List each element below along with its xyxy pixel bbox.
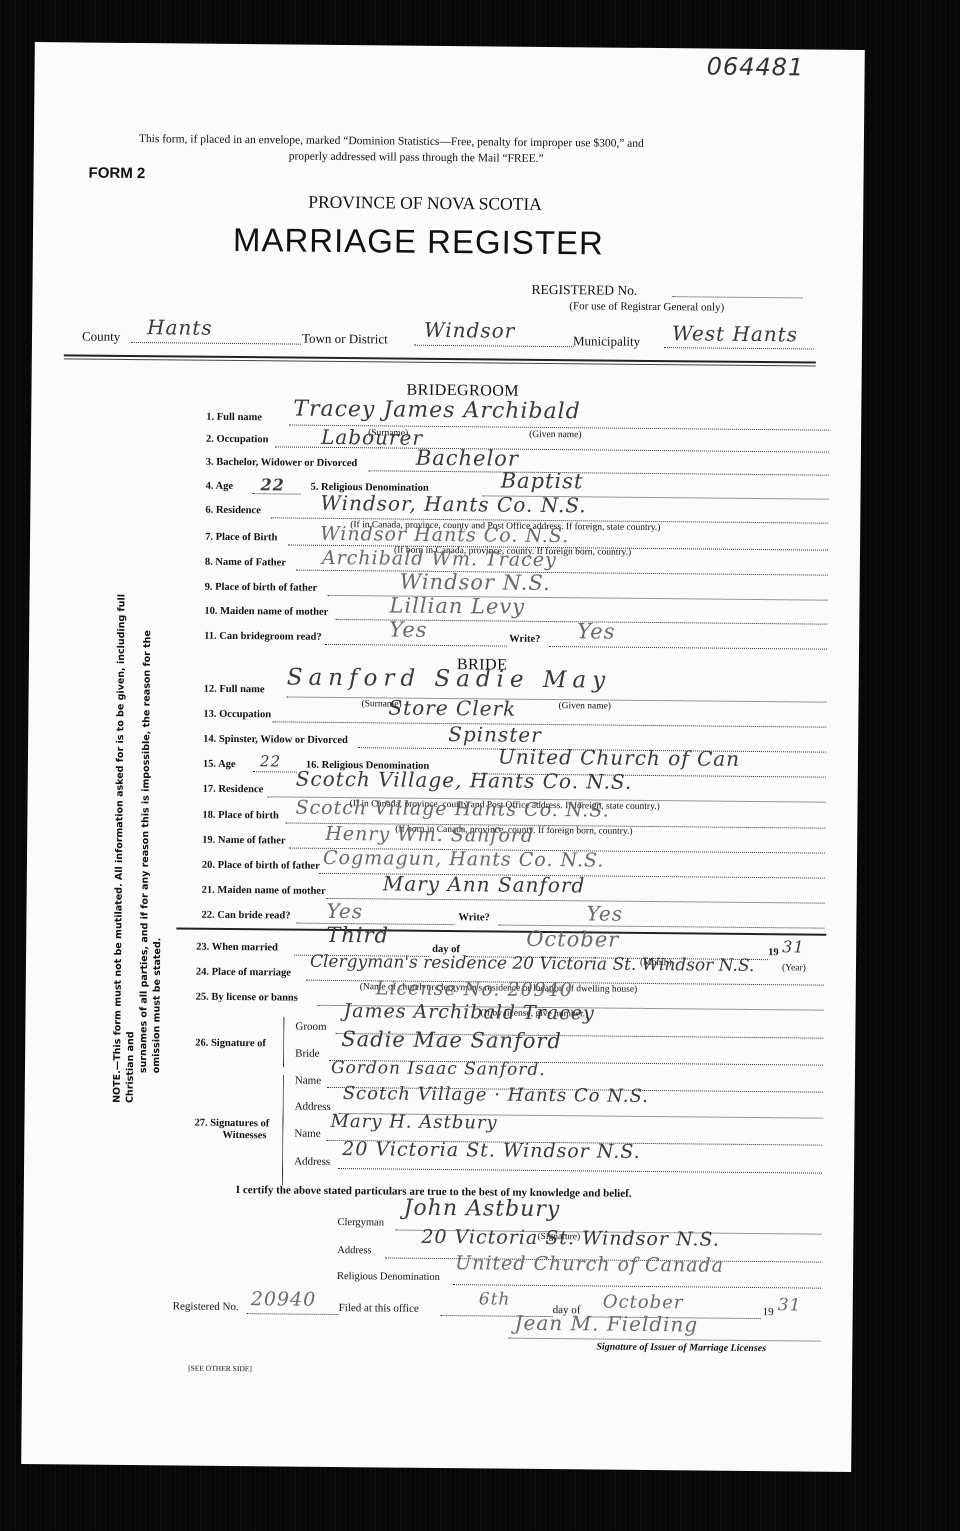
field-number: 5. [311, 482, 319, 493]
field-label: Occupation [216, 434, 268, 445]
signature-brace [283, 1016, 284, 1067]
bride-father-label: 19. Name of father [202, 835, 285, 847]
witness-2-address-label: Address [294, 1156, 330, 1168]
groom-age-label: 4. Age [206, 481, 234, 492]
bride-given-name-hint: (Given name) [558, 701, 611, 712]
field-number: 22. [201, 910, 214, 921]
field-label: Bachelor, Widower or Divorced [216, 457, 357, 469]
bride-occupation-value: Store Clerk [388, 695, 516, 720]
groom-mother-value: Lillian Levy [389, 593, 525, 618]
town-label: Town or District [302, 331, 388, 348]
filed-month-value: October [603, 1292, 684, 1314]
field-number: 1. [206, 412, 214, 423]
field-number: 10. [204, 606, 217, 617]
bride-religion-value: United Church of Can [498, 745, 740, 771]
groom-mother-label: 10. Maiden name of mother [204, 606, 328, 618]
filed-day-value: 6th [479, 1289, 511, 1309]
field-label: Residence [216, 505, 261, 516]
field-label: Maiden name of mother [217, 885, 325, 897]
given-name-hint: (Given name) [529, 430, 582, 441]
field-number: 13. [203, 709, 216, 720]
field-number: 7. [205, 532, 213, 543]
when-married-year-value: 31 [782, 937, 805, 956]
field-number: 12. [204, 684, 217, 695]
bride-age-value: 22 [260, 752, 281, 770]
clergyman-address: 20 Victoria St. Windsor N.S. [421, 1226, 720, 1251]
groom-marital-status-field[interactable] [369, 470, 829, 475]
witness-2-address-field[interactable] [338, 1168, 822, 1174]
see-other-side-note[interactable]: [SEE OTHER SIDE] [188, 1364, 252, 1374]
field-label: Spinster, Widow or Divorced [219, 734, 348, 746]
groom-father-value: Archibald Wm. Tracey [322, 547, 557, 571]
bride-mother-value: Mary Ann Sanford [383, 871, 586, 897]
groom-occupation-value: Labourer [321, 425, 423, 450]
groom-age-value: 22 [261, 475, 285, 494]
bride-birthplace-value: Scotch Village Hants Co. N.S. [295, 797, 609, 822]
bride-occupation-field[interactable] [272, 721, 826, 727]
bride-father-birthplace-label: 20. Place of birth of father [202, 860, 320, 872]
field-label: Can bride read? [217, 910, 290, 922]
municipality-label: Municipality [573, 333, 640, 350]
bride-residence-value: Scotch Village, Hants Co. N.S. [296, 767, 633, 794]
clergyman-denomination-field[interactable] [453, 1284, 821, 1289]
bride-signature: Sadie Mae Sanford [341, 1027, 562, 1053]
groom-full-name-value: Tracey James Archibald [293, 397, 581, 425]
witnesses-label-2: Witnesses [222, 1130, 266, 1141]
groom-can-write-value: Yes [577, 619, 615, 643]
clergyman-signature: John Astbury [404, 1196, 561, 1223]
page-title: MARRIAGE REGISTER [233, 221, 604, 263]
groom-residence-value: Windsor, Hants Co. N.S. [320, 491, 586, 518]
bride-can-read-value: Yes [326, 899, 363, 923]
issuer-signature-field[interactable] [508, 1338, 820, 1342]
field-number: 11. [204, 631, 217, 642]
issuer-label: Signature of Issuer of Marriage Licenses [596, 1341, 766, 1354]
bride-full-name-label: 12. Full name [204, 684, 265, 696]
field-label: Full name [219, 684, 264, 695]
field-number: 6. [205, 505, 213, 516]
filing-registered-no-field[interactable] [247, 1313, 339, 1315]
field-label: Residence [218, 784, 263, 795]
year-hint: (Year) [782, 963, 806, 973]
groom-father-birthplace-label: 9. Place of birth of father [205, 582, 318, 594]
groom-father-field[interactable] [296, 570, 828, 576]
bride-marital-status-label: 14. Spinster, Widow or Divorced [203, 734, 348, 746]
bride-mother-label: 21. Maiden name of mother [202, 885, 326, 897]
witness-1-address-label: Address [295, 1101, 331, 1113]
field-number: 20. [202, 860, 215, 871]
mail-notice-line2: properly addressed will pass through the… [289, 150, 544, 164]
bride-can-read-label: 22. Can bride read? [201, 910, 290, 922]
field-label: Age [218, 759, 236, 770]
bride-father-value: Henry Wm. Sanford [325, 823, 534, 847]
clergyman-label: Clergyman [337, 1217, 384, 1228]
witness-2-name: Mary H. Astbury [330, 1111, 497, 1134]
bride-birthplace-label: 18. Place of birth [202, 810, 279, 822]
bride-occupation-label: 13. Occupation [203, 709, 271, 721]
field-label: Place of Birth [216, 532, 278, 544]
groom-father-birthplace-value: Windsor N.S. [400, 570, 551, 595]
mutilation-note: NOTE.—This form must not be mutilated. A… [111, 583, 168, 1103]
filed-at-office-label: Filed at this office [339, 1302, 419, 1315]
marriage-register-form: 064481 This form, if placed in an envelo… [21, 42, 865, 1472]
when-married-month-value: October [526, 927, 619, 952]
field-number: 19. [202, 835, 215, 846]
bride-full-name-value: Sanford Sadie May [287, 664, 612, 693]
place-of-marriage-label: 24. Place of marriage [196, 967, 291, 979]
field-label: Occupation [219, 709, 271, 720]
bride-age-label: 15. Age [203, 759, 236, 770]
field-number: 8. [205, 557, 213, 568]
bride-father-birthplace-value: Cogmagun, Hants Co. N.S. [323, 847, 605, 872]
groom-signature: James Archibald Tracey [343, 1000, 594, 1024]
field-number: 3. [206, 457, 214, 468]
marriage-section-rule [176, 927, 826, 935]
groom-can-read-value: Yes [389, 617, 427, 641]
bride-can-write-label: Write? [458, 912, 489, 923]
groom-signature-label: Groom [295, 1021, 326, 1033]
bride-age-field[interactable] [253, 771, 297, 772]
field-number: 18. [202, 810, 215, 821]
town-field[interactable] [414, 345, 574, 348]
witness-2-name-label: Name [294, 1128, 320, 1140]
license-label: 25. By license or banns [196, 992, 298, 1004]
groom-birthplace-value: Windsor Hants Co. N.S. [320, 523, 569, 547]
county-value: Hants [147, 315, 213, 340]
groom-can-write-label: Write? [509, 634, 540, 645]
field-label: Maiden name of mother [220, 606, 328, 618]
registered-no-field[interactable] [672, 296, 802, 298]
field-label: Place of birth of father [215, 582, 317, 594]
municipality-field[interactable] [664, 347, 814, 349]
groom-residence-label: 6. Residence [205, 505, 261, 517]
license-value: License No. 20940 [376, 977, 573, 1001]
county-field[interactable] [131, 342, 301, 345]
field-number: 17. [203, 784, 216, 795]
registered-no-label: REGISTERED No. [531, 282, 637, 299]
field-label: Name of Father [215, 557, 286, 569]
witness-1-address: Scotch Village · Hants Co N.S. [343, 1083, 649, 1107]
mail-notice-line1: This form, if placed in an envelope, mar… [139, 133, 644, 150]
field-label: Can bridegroom read? [219, 631, 321, 643]
filed-year-prefix: 19 [763, 1306, 774, 1318]
mutilation-note-line2: surnames of all parties, and if for any … [137, 583, 168, 1103]
signature-of-label: 26. Signature of [195, 1038, 266, 1050]
county-label: County [82, 329, 120, 345]
groom-full-name-label: 1. Full name [206, 412, 262, 424]
witnesses-label: 27. Signatures of [194, 1118, 269, 1130]
bride-marital-status-value: Spinster [448, 722, 542, 747]
field-label: Full name [217, 412, 262, 423]
province-heading: PROVINCE OF NOVA SCOTIA [308, 192, 542, 215]
town-value: Windsor [424, 318, 515, 343]
witness-1-name-label: Name [295, 1075, 321, 1087]
archive-number: 064481 [707, 52, 805, 81]
municipality-value: West Hants [672, 321, 798, 346]
field-number: 9. [205, 582, 213, 593]
field-number: 2. [206, 434, 214, 445]
groom-marital-status-label: 3. Bachelor, Widower or Divorced [206, 457, 358, 469]
form-number: FORM 2 [89, 165, 146, 183]
groom-marital-status-value: Bachelor [416, 446, 519, 471]
witness-1-name: Gordon Isaac Sanford. [331, 1058, 546, 1080]
field-number: 14. [203, 734, 216, 745]
filing-registered-no-label: Registered No. [173, 1300, 239, 1313]
field-number: 21. [202, 885, 215, 896]
bride-residence-label: 17. Residence [203, 784, 264, 796]
field-label: Place of birth of father [218, 860, 320, 872]
filed-year-value: 31 [778, 1295, 802, 1315]
year-prefix: 19 [768, 947, 779, 958]
field-number: 4. [206, 481, 214, 492]
place-of-marriage-value: Clergyman's residence 20 Victoria St. Wi… [310, 952, 755, 976]
clergyman-denomination-label: Religious Denomination [337, 1271, 440, 1283]
groom-birthplace-label: 7. Place of Birth [205, 532, 277, 544]
when-married-label: 23. When married [196, 942, 278, 954]
clergyman-denomination: United Church of Canada [455, 1252, 724, 1277]
field-number: 15. [203, 759, 216, 770]
groom-can-read-label: 11. Can bridegroom read? [204, 631, 322, 643]
field-label: Name of father [218, 835, 286, 847]
groom-can-read-field[interactable] [325, 644, 507, 647]
issuer-signature: Jean M. Fielding [514, 1311, 698, 1337]
bride-mother-field[interactable] [327, 898, 825, 904]
field-label: Place of birth [218, 810, 279, 822]
bride-signature-label: Bride [295, 1048, 320, 1060]
bride-can-write-value: Yes [586, 901, 623, 925]
registered-no-hint: (For use of Registrar General only) [569, 300, 724, 313]
groom-father-label: 8. Name of Father [205, 557, 286, 569]
groom-occupation-label: 2. Occupation [206, 434, 269, 446]
groom-can-write-field[interactable] [549, 646, 827, 650]
groom-religion-value: Baptist [501, 469, 584, 494]
filing-registered-no-value: 20940 [251, 1288, 317, 1311]
when-married-day-value: Third [326, 923, 389, 948]
witness-2-address: 20 Victoria St. Windsor N.S. [342, 1138, 641, 1163]
field-label: Age [215, 481, 233, 492]
clergyman-address-label: Address [337, 1245, 372, 1256]
witnesses-brace [282, 1074, 284, 1185]
